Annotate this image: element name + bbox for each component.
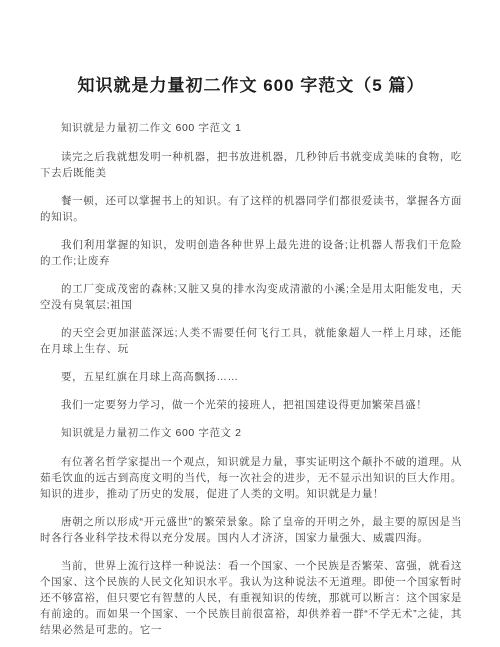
paragraph: 读完之后我就想发明一种机器，把书放进机器，几秒钟后书就变成美味的食物，吃下去后既… — [40, 149, 462, 181]
paragraph: 有位著名哲学家提出一个观点，知识就是力量，事实证明这个颠扑不破的道理。从茹毛饮血… — [40, 454, 462, 502]
paragraph: 当前，世界上流行这样一种说法：看一个国家、一个民族是否繁荣、富强，就看这个国家、… — [40, 558, 462, 638]
paragraph: 我们一定要努力学习，做一个光荣的接班人，把祖国建设得更加繁荣昌盛！ — [40, 397, 462, 413]
paragraph: 餐一顿，还可以掌握书上的知识。有了这样的机器同学们都很爱读书，掌握各方面的知识。 — [40, 193, 462, 225]
document-title: 知识就是力量初二作文 600 字范文（5 篇） — [40, 74, 462, 98]
section-heading: 知识就是力量初二作文 600 字范文 1 — [40, 120, 462, 136]
document-page: 知识就是力量初二作文 600 字范文（5 篇） 知识就是力量初二作文 600 字… — [0, 0, 500, 647]
paragraph: 唐朝之所以形成“开元盛世”的繁荣景象。除了皇帝的开明之外，最主要的原因是当时各行… — [40, 514, 462, 546]
paragraph: 的工厂变成茂密的森林;又脏又臭的排水沟变成清澈的小溪;全是用太阳能发电，天空没有… — [40, 281, 462, 313]
paragraph: 的天空会更加湛蓝深远;人类不需要任何飞行工具，就能象超人一样上月球，还能在月球上… — [40, 325, 462, 357]
paragraph: 要，五星红旗在月球上高高飘扬…… — [40, 369, 462, 385]
section-heading: 知识就是力量初二作文 600 字范文 2 — [40, 425, 462, 441]
paragraph: 我们利用掌握的知识，发明创造各种世界上最先进的设备;让机器人帮我们干危险的工作;… — [40, 237, 462, 269]
